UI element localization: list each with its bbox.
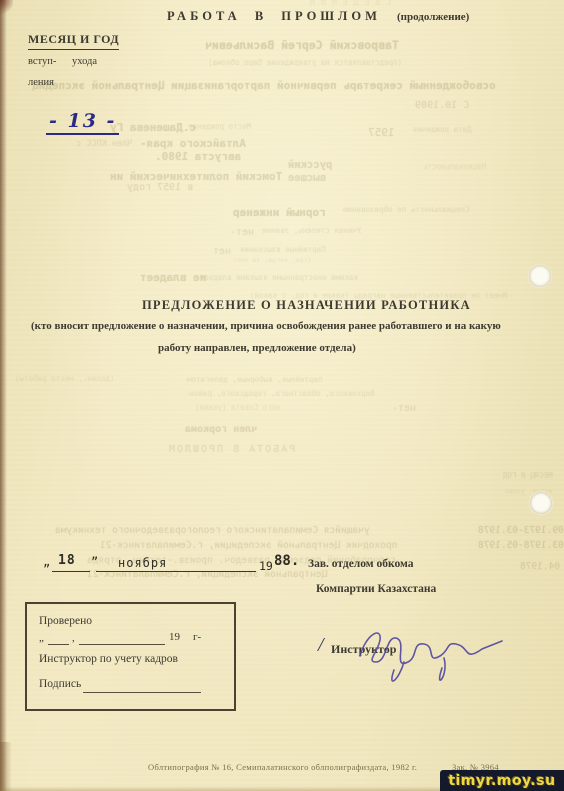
bleedthrough-text: Верховного, областного, городского, райо…: [185, 389, 375, 398]
bleedthrough-text: не владеет: [140, 271, 206, 284]
bleedthrough-text: Место рождения: [188, 122, 251, 131]
column-label-leave: ухода: [72, 56, 97, 67]
column-label-entry: вступ-: [28, 56, 56, 67]
bleedthrough-text: освобожденный секретарь первичной партор…: [32, 79, 496, 92]
stamp-signature-underline: [83, 692, 201, 693]
bleedthrough-text: Томский политехнический ин: [110, 170, 282, 183]
handwritten-page-number: - 13 -: [46, 110, 119, 135]
bleedthrough-text: Ученая степень, звание: [262, 226, 361, 235]
page-corner-mark: [0, 0, 13, 15]
date-month: ноября: [118, 556, 167, 570]
hole-punch: [529, 265, 551, 287]
bleedthrough-text: РАБОТА В ПРОШЛОМ: [167, 444, 295, 455]
stamp-year: 19: [169, 631, 180, 643]
signature-scribble: [352, 616, 512, 698]
bleedthrough-text: в 1957 году: [127, 182, 193, 193]
bleedthrough-text: августа 1980.: [155, 150, 241, 163]
month-year-label: МЕСЯЦ И ГОД: [28, 32, 119, 50]
bleedthrough-text: учащийся Семипалатинского геологоразведо…: [55, 525, 370, 536]
bleedthrough-text: член горкома: [185, 424, 257, 435]
verification-stamp-box: Проверено „ , 19 г- Инструктор по учету …: [25, 602, 236, 711]
stamp-quote: „: [39, 632, 44, 644]
bleedthrough-text: 03.1978-05.1978: [478, 540, 564, 551]
date-year-printed: 19: [259, 559, 273, 573]
watermark-badge: timyr.moy.su: [440, 770, 564, 791]
bleedthrough-text: Тавровский Сергей Васильевич: [205, 38, 399, 52]
date-open-quote: „: [43, 555, 50, 569]
bleedthrough-text: Партийные взыскания: [240, 245, 326, 254]
bleedthrough-text: 04.1978: [520, 561, 560, 572]
footer-imprint: Облтипография № 16, Семипалатинского обл…: [148, 762, 417, 772]
bleedthrough-text: нет-: [230, 227, 254, 238]
date-month-underline: [96, 571, 256, 572]
proposal-subtitle-line1: (кто вносит предложение о назначении, пр…: [31, 320, 501, 332]
bleedthrough-text: Дата рождения: [413, 125, 472, 134]
bleedthrough-text: проходчик Центральной экспедиции, г.Семи…: [100, 540, 397, 551]
bleedthrough-text: (представляется на утверждение бюро обко…: [208, 58, 402, 67]
date-close-quote: ”: [91, 555, 98, 569]
bleedthrough-text: ного Совета (укажи): [195, 403, 281, 412]
bleedthrough-text: Член КПСС с: [76, 139, 132, 149]
bleedthrough-text: (где, когда, за что): [233, 256, 311, 264]
signatory-line2: Компартии Казахстана: [316, 583, 436, 595]
bleedthrough-text: МЕСЯЦ И ГОД: [503, 471, 553, 480]
page-corner-mark-bottom: [0, 742, 12, 791]
stamp-comma: ,: [72, 632, 75, 644]
header-title: РАБОТА В ПРОШЛОМ: [167, 9, 381, 24]
bleedthrough-text: высшее: [288, 172, 326, 184]
bleedthrough-text: русский: [288, 159, 332, 171]
signatory-line1: Зав. отделом обкома: [308, 558, 414, 570]
stamp-year-suffix: г-: [193, 631, 201, 643]
page-left-edge-shadow: [0, 0, 7, 791]
bleedthrough-text: Алтайского края-: [140, 137, 246, 150]
watermark-text: timyr.moy.su: [448, 773, 555, 789]
bleedthrough-text: С В Е Д Е Н И Я: [310, 0, 391, 8]
bleedthrough-text: горный инженер: [233, 206, 326, 219]
bleedthrough-text: нет-: [392, 403, 416, 414]
proposal-title: ПРЕДЛОЖЕНИЕ О НАЗНАЧЕНИИ РАБОТНИКА: [142, 298, 471, 313]
hole-punch: [530, 492, 552, 514]
date-day: 18: [58, 553, 76, 568]
bleedthrough-text: с.Дашенева Гу: [110, 121, 196, 134]
proposal-subtitle-line2: работу направлен, предложение отдела): [158, 342, 356, 354]
date-year-written: 88.: [274, 553, 299, 569]
stamp-month-underline: [79, 644, 165, 645]
scanned-document-page: С В Е Д Е Н И ЯТавровский Сергей Василье…: [0, 0, 564, 791]
bleedthrough-text: 09.1973-03.1978: [478, 525, 564, 536]
bleedthrough-text: партийные, выборные, делегатом: [187, 375, 322, 384]
bleedthrough-text: 1957: [368, 126, 395, 139]
column-label-entry2: ления: [28, 77, 54, 88]
bleedthrough-text: нет: [213, 246, 231, 257]
bleedthrough-text: С 10.1989: [415, 100, 469, 111]
stamp-title: Проверено: [39, 615, 92, 627]
bleedthrough-text: какими иностранными языками владеет: [200, 273, 358, 282]
header-title-suffix: (продолжение): [397, 11, 469, 23]
bleedthrough-text: (должн., место работы): [15, 374, 114, 383]
stamp-role: Инструктор по учету кадров: [39, 653, 178, 665]
stamp-signature-label: Подпись: [39, 678, 81, 690]
bleedthrough-text: Специальность по образованию: [343, 205, 469, 214]
bleedthrough-text: Национальность: [423, 162, 486, 171]
instructor-slash: /: [318, 634, 324, 657]
stamp-day-underline: [48, 644, 69, 645]
date-day-underline: [52, 571, 90, 572]
